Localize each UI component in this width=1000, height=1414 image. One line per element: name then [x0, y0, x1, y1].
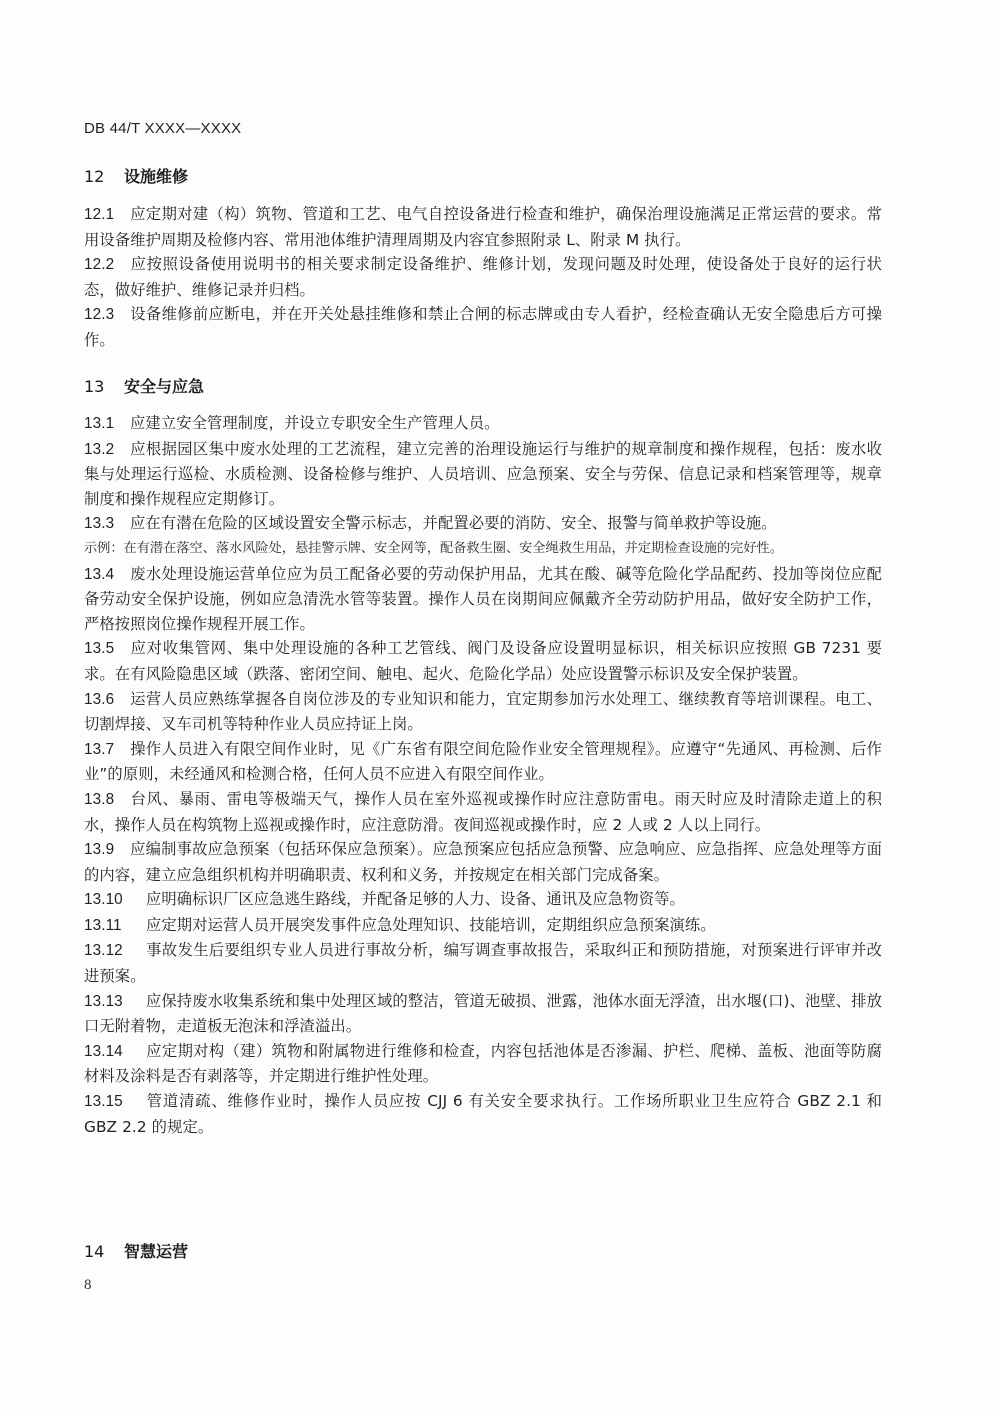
clause-13-3-example: 示例：在有潜在落空、落水风险处，悬挂警示牌、安全网等，配备救生圈、安全绳救生用品…: [84, 537, 882, 562]
clause-number: 12.2: [84, 253, 130, 278]
section-title: 设施维修: [124, 167, 188, 186]
clause-text: 操作人员进入有限空间作业时，见《广东省有限空间危险作业安全管理规程》。应遵守“先…: [84, 740, 882, 784]
clause-13-4: 13.4废水处理设施运营单位应为员工配备必要的劳动保护用品，尤其在酸、碱等危险化…: [84, 562, 882, 637]
clause-text: 应定期对构（建）筑物和附属物进行维修和检查，内容包括池体是否渗漏、护栏、爬梯、盖…: [84, 1042, 882, 1086]
clause-13-3: 13.3应在有潜在危险的区域设置安全警示标志，并配置必要的消防、安全、报警与简单…: [84, 511, 882, 537]
clause-text: 应建立安全管理制度，并设立专职安全生产管理人员。: [130, 414, 500, 432]
clause-number: 13.6: [84, 688, 130, 713]
clause-number: 13.2: [84, 438, 130, 463]
clause-number: 13.9: [84, 838, 130, 863]
clause-number: 13.10: [84, 888, 146, 913]
clause-13-14: 13.14应定期对构（建）筑物和附属物进行维修和检查，内容包括池体是否渗漏、护栏…: [84, 1039, 882, 1089]
clause-number: 13.14: [84, 1040, 146, 1065]
clause-number: 13.4: [84, 563, 130, 588]
section-heading-14: 14智慧运营: [84, 1239, 188, 1262]
clause-13-15: 13.15管道清疏、维修作业时，操作人员应按 CJJ 6 有关安全要求执行。工作…: [84, 1089, 882, 1139]
clause-12-2: 12.2应按照设备使用说明书的相关要求制定设备维护、维修计划，发现问题及时处理，…: [84, 252, 882, 302]
section-number: 12: [84, 167, 124, 186]
clause-number: 13.13: [84, 990, 146, 1015]
clause-text: 废水处理设施运营单位应为员工配备必要的劳动保护用品，尤其在酸、碱等危险化学品配药…: [84, 565, 882, 633]
clause-text: 台风、暴雨、雷电等极端天气，操作人员在室外巡视或操作时应注意防雷电。雨天时应及时…: [84, 790, 882, 834]
document-page: DB 44/T XXXX—XXXX 12设施维修 12.1应定期对建（构）筑物、…: [0, 0, 1000, 1414]
clause-13-10: 13.10应明确标识厂区应急逃生路线，并配备足够的人力、设备、通讯及应急物资等。: [84, 887, 882, 913]
clause-text: 应定期对建（构）筑物、管道和工艺、电气自控设备进行检查和维护，确保治理设施满足正…: [84, 205, 882, 249]
page-number: 8: [84, 1277, 92, 1294]
clause-number: 13.8: [84, 788, 130, 813]
document-code-header: DB 44/T XXXX—XXXX: [84, 120, 241, 137]
clause-text: 设备维修前应断电，并在开关处悬挂维修和禁止合闸的标志牌或由专人看护，经检查确认无…: [84, 305, 882, 349]
clause-number: 12.1: [84, 203, 130, 228]
clause-text: 应在有潜在危险的区域设置安全警示标志，并配置必要的消防、安全、报警与简单救护等设…: [130, 514, 777, 532]
clause-number: 12.3: [84, 303, 130, 328]
clause-number: 13.3: [84, 512, 130, 537]
clause-text: 管道清疏、维修作业时，操作人员应按 CJJ 6 有关安全要求执行。工作场所职业卫…: [84, 1092, 882, 1136]
clause-text: 应保持废水收集系统和集中处理区域的整洁，管道无破损、泄露，池体水面无浮渣，出水堰…: [84, 992, 882, 1036]
clause-text: 事故发生后要组织专业人员进行事故分析，编写调查事故报告，采取纠正和预防措施，对预…: [84, 941, 882, 985]
clause-text: 应根据园区集中废水处理的工艺流程，建立完善的治理设施运行与维护的规章制度和操作规…: [84, 440, 882, 508]
clause-number: 13.12: [84, 939, 146, 964]
clause-13-9: 13.9应编制事故应急预案（包括环保应急预案）。应急预案应包括应急预警、应急响应…: [84, 837, 882, 887]
clause-text: 应编制事故应急预案（包括环保应急预案）。应急预案应包括应急预警、应急响应、应急指…: [84, 840, 882, 884]
clause-text: 应按照设备使用说明书的相关要求制定设备维护、维修计划，发现问题及时处理，使设备处…: [84, 255, 882, 299]
clause-number: 13.7: [84, 738, 130, 763]
clause-number: 13.11: [84, 914, 146, 939]
clause-13-12: 13.12事故发生后要组织专业人员进行事故分析，编写调查事故报告，采取纠正和预防…: [84, 938, 882, 988]
clause-text: 运营人员应熟练掌握各自岗位涉及的专业知识和能力，宜定期参加污水处理工、继续教育等…: [84, 690, 882, 734]
section-heading-13: 13安全与应急: [84, 374, 204, 397]
clause-13-6: 13.6运营人员应熟练掌握各自岗位涉及的专业知识和能力，宜定期参加污水处理工、继…: [84, 687, 882, 737]
clause-13-11: 13.11应定期对运营人员开展突发事件应急处理知识、技能培训，定期组织应急预案演…: [84, 913, 882, 939]
clause-12-3: 12.3设备维修前应断电，并在开关处悬挂维修和禁止合闸的标志牌或由专人看护，经检…: [84, 302, 882, 352]
section-title: 安全与应急: [124, 377, 204, 396]
section-title: 智慧运营: [124, 1242, 188, 1261]
section-number: 14: [84, 1242, 124, 1261]
clause-13-7: 13.7操作人员进入有限空间作业时，见《广东省有限空间危险作业安全管理规程》。应…: [84, 737, 882, 787]
clause-13-8: 13.8台风、暴雨、雷电等极端天气，操作人员在室外巡视或操作时应注意防雷电。雨天…: [84, 787, 882, 837]
clause-13-1: 13.1应建立安全管理制度，并设立专职安全生产管理人员。: [84, 411, 882, 437]
clause-text: 应定期对运营人员开展突发事件应急处理知识、技能培训，定期组织应急预案演练。: [146, 916, 716, 934]
section-heading-12: 12设施维修: [84, 164, 188, 187]
section-number: 13: [84, 377, 124, 396]
clause-text: 应明确标识厂区应急逃生路线，并配备足够的人力、设备、通讯及应急物资等。: [146, 890, 685, 908]
section-12-body: 12.1应定期对建（构）筑物、管道和工艺、电气自控设备进行检查和维护，确保治理设…: [84, 202, 882, 353]
clause-12-1: 12.1应定期对建（构）筑物、管道和工艺、电气自控设备进行检查和维护，确保治理设…: [84, 202, 882, 252]
clause-13-13: 13.13应保持废水收集系统和集中处理区域的整洁，管道无破损、泄露，池体水面无浮…: [84, 989, 882, 1039]
section-13-body: 13.1应建立安全管理制度，并设立专职安全生产管理人员。 13.2应根据园区集中…: [84, 411, 882, 1139]
clause-13-2: 13.2应根据园区集中废水处理的工艺流程，建立完善的治理设施运行与维护的规章制度…: [84, 437, 882, 512]
clause-number: 13.5: [84, 637, 130, 662]
clause-number: 13.15: [84, 1090, 146, 1115]
clause-text: 应对收集管网、集中处理设施的各种工艺管线、阀门及设备应设置明显标识，相关标识应按…: [84, 639, 882, 683]
clause-number: 13.1: [84, 412, 130, 437]
clause-13-5: 13.5应对收集管网、集中处理设施的各种工艺管线、阀门及设备应设置明显标识，相关…: [84, 636, 882, 686]
